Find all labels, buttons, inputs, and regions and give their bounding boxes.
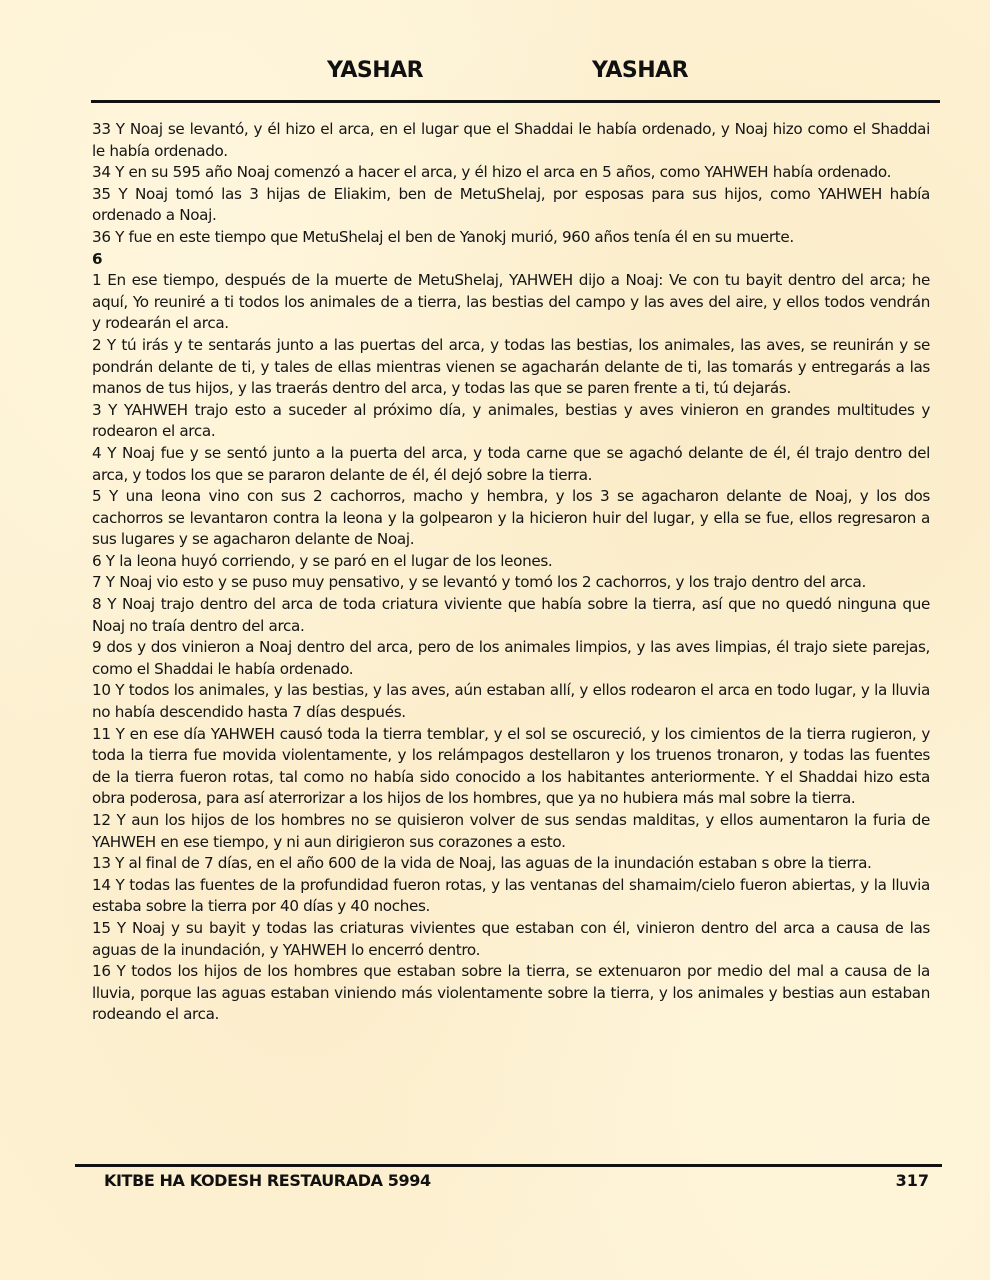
- verse: 8 Y Noaj trajo dentro del arca de toda c…: [92, 594, 930, 637]
- verse: 5 Y una leona vino con sus 2 cachorros, …: [92, 486, 930, 551]
- verse: 12 Y aun los hijos de los hombres no se …: [92, 810, 930, 853]
- running-title-right: YASHAR: [592, 58, 688, 83]
- verse: 15 Y Noaj y su bayit y todas las criatur…: [92, 918, 930, 961]
- verse: 9 dos y dos vinieron a Noaj dentro del a…: [92, 637, 930, 680]
- verse: 11 Y en ese día YAHWEH causó toda la tie…: [92, 724, 930, 810]
- verse: 16 Y todos los hijos de los hombres que …: [92, 961, 930, 1026]
- verse: 7 Y Noaj vio esto y se puso muy pensativ…: [92, 572, 930, 594]
- verse: 34 Y en su 595 año Noaj comenzó a hacer …: [92, 162, 930, 184]
- verse: 3 Y YAHWEH trajo esto a suceder al próxi…: [92, 400, 930, 443]
- page-number: 317: [896, 1171, 929, 1190]
- verse: 1 En ese tiempo, después de la muerte de…: [92, 270, 930, 335]
- verse: 33 Y Noaj se levantó, y él hizo el arca,…: [92, 119, 930, 162]
- header-divider: [91, 100, 940, 103]
- verse: 36 Y fue en este tiempo que MetuShelaj e…: [92, 227, 930, 249]
- page-header: YASHAR YASHAR: [0, 58, 990, 90]
- verse: 10 Y todos los animales, y las bestias, …: [92, 680, 930, 723]
- footer-divider: [75, 1164, 942, 1167]
- verse: 35 Y Noaj tomó las 3 hijas de Eliakim, b…: [92, 184, 930, 227]
- verse: 13 Y al final de 7 días, en el año 600 d…: [92, 853, 930, 875]
- verse: 14 Y todas las fuentes de la profundidad…: [92, 875, 930, 918]
- verse: 4 Y Noaj fue y se sentó junto a la puert…: [92, 443, 930, 486]
- page-body: 33 Y Noaj se levantó, y él hizo el arca,…: [92, 119, 930, 1026]
- footer-book-title: KITBE HA KODESH RESTAURADA 5994: [104, 1171, 431, 1190]
- chapter-number: 6: [92, 249, 930, 271]
- running-title-left: YASHAR: [327, 58, 423, 83]
- verse: 2 Y tú irás y te sentarás junto a las pu…: [92, 335, 930, 400]
- verse: 6 Y la leona huyó corriendo, y se paró e…: [92, 551, 930, 573]
